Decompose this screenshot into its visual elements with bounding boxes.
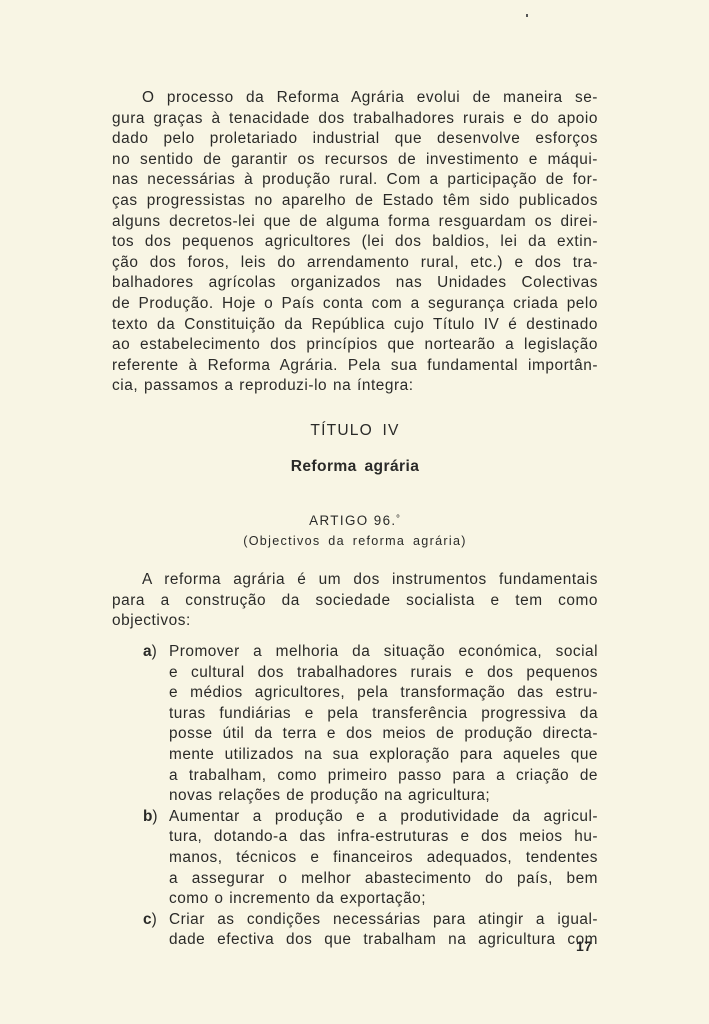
text-line: O processo da Reforma Agrária evolui de …: [112, 88, 598, 109]
text-line: texto da Constituição da República cujo …: [112, 315, 598, 336]
list-marker: a): [143, 642, 157, 663]
text-line: turas fundiárias e pela transferência pr…: [169, 704, 598, 725]
text-line: objectivos:: [112, 611, 598, 632]
text-line: Promover a melhoria da situação económic…: [169, 642, 598, 663]
paper-speck: [526, 14, 528, 17]
text-line: mente utilizados na sua exploração para …: [169, 745, 598, 766]
text-line: cia, passamos a reproduzi-lo na íntegra:: [112, 376, 598, 397]
text-line: referente à Reforma Agrária. Pela sua fu…: [112, 356, 598, 377]
text-line: a trabalham, como primeiro passo para a …: [169, 766, 598, 787]
text-line: A reforma agrária é um dos instrumentos …: [112, 570, 598, 591]
section-subtitle: Reforma agrária: [112, 458, 598, 476]
text-line: dade efectiva dos que trabalham na agric…: [169, 930, 598, 951]
text-line: balhadores agrícolas organizados nas Uni…: [112, 273, 598, 294]
text-line: posse útil da terra e dos meios de produ…: [169, 724, 598, 745]
text-line: a assegurar o melhor abastecimento do pa…: [169, 869, 598, 890]
text-line: ças progressistas no aparelho de Estado …: [112, 191, 598, 212]
degree-mark: º: [397, 513, 401, 522]
article-number: ARTIGO 96.: [309, 513, 396, 528]
text-line: dado pelo proletariado industrial que de…: [112, 129, 598, 150]
list-marker: c): [143, 910, 157, 931]
text-line: tura, dotando-a das infra-estruturas e d…: [169, 827, 598, 848]
objective-item-b: b) Aumentar a produção e a produtividade…: [112, 807, 598, 910]
intro-paragraph: O processo da Reforma Agrária evolui de …: [112, 88, 598, 397]
text-line: Aumentar a produção e a produtividade da…: [169, 807, 598, 828]
text-line: tos dos pequenos agricultores (lei dos b…: [112, 232, 598, 253]
section-title: TÍTULO IV: [112, 422, 598, 440]
page-number: 17: [576, 938, 593, 954]
text-line: no sentido de garantir os recursos de in…: [112, 150, 598, 171]
text-line: de Produção. Hoje o País conta com a seg…: [112, 294, 598, 315]
objective-item-a: a) Promover a melhoria da situação econó…: [112, 642, 598, 807]
objectives-list: a) Promover a melhoria da situação econó…: [112, 642, 598, 951]
text-line: ao estabelecimento dos princípios que no…: [112, 335, 598, 356]
article-paragraph: A reforma agrária é um dos instrumentos …: [112, 570, 598, 632]
objective-item-c: c) Criar as condições necessárias para a…: [112, 910, 598, 951]
article-heading: ARTIGO 96.º: [112, 513, 598, 528]
text-line: nas necessárias à produção rural. Com a …: [112, 170, 598, 191]
text-line: manos, técnicos e financeiros adequados,…: [169, 848, 598, 869]
text-line: para a construção da sociedade socialist…: [112, 591, 598, 612]
text-line: e médios agricultores, pela transformaçã…: [169, 683, 598, 704]
text-line: gura graças à tenacidade dos trabalhador…: [112, 109, 598, 130]
list-marker: b): [143, 807, 158, 828]
text-line: ção dos foros, leis do arrendamento rura…: [112, 253, 598, 274]
text-line: novas relações de produção na agricultur…: [169, 786, 598, 807]
text-line: alguns decretos-lei que de alguma forma …: [112, 212, 598, 233]
text-line: Criar as condições necessárias para atin…: [169, 910, 598, 931]
text-line: e cultural dos trabalhadores rurais e do…: [169, 663, 598, 684]
article-subheading: (Objectivos da reforma agrária): [112, 534, 598, 548]
text-line: como o incremento da exportação;: [169, 889, 598, 910]
